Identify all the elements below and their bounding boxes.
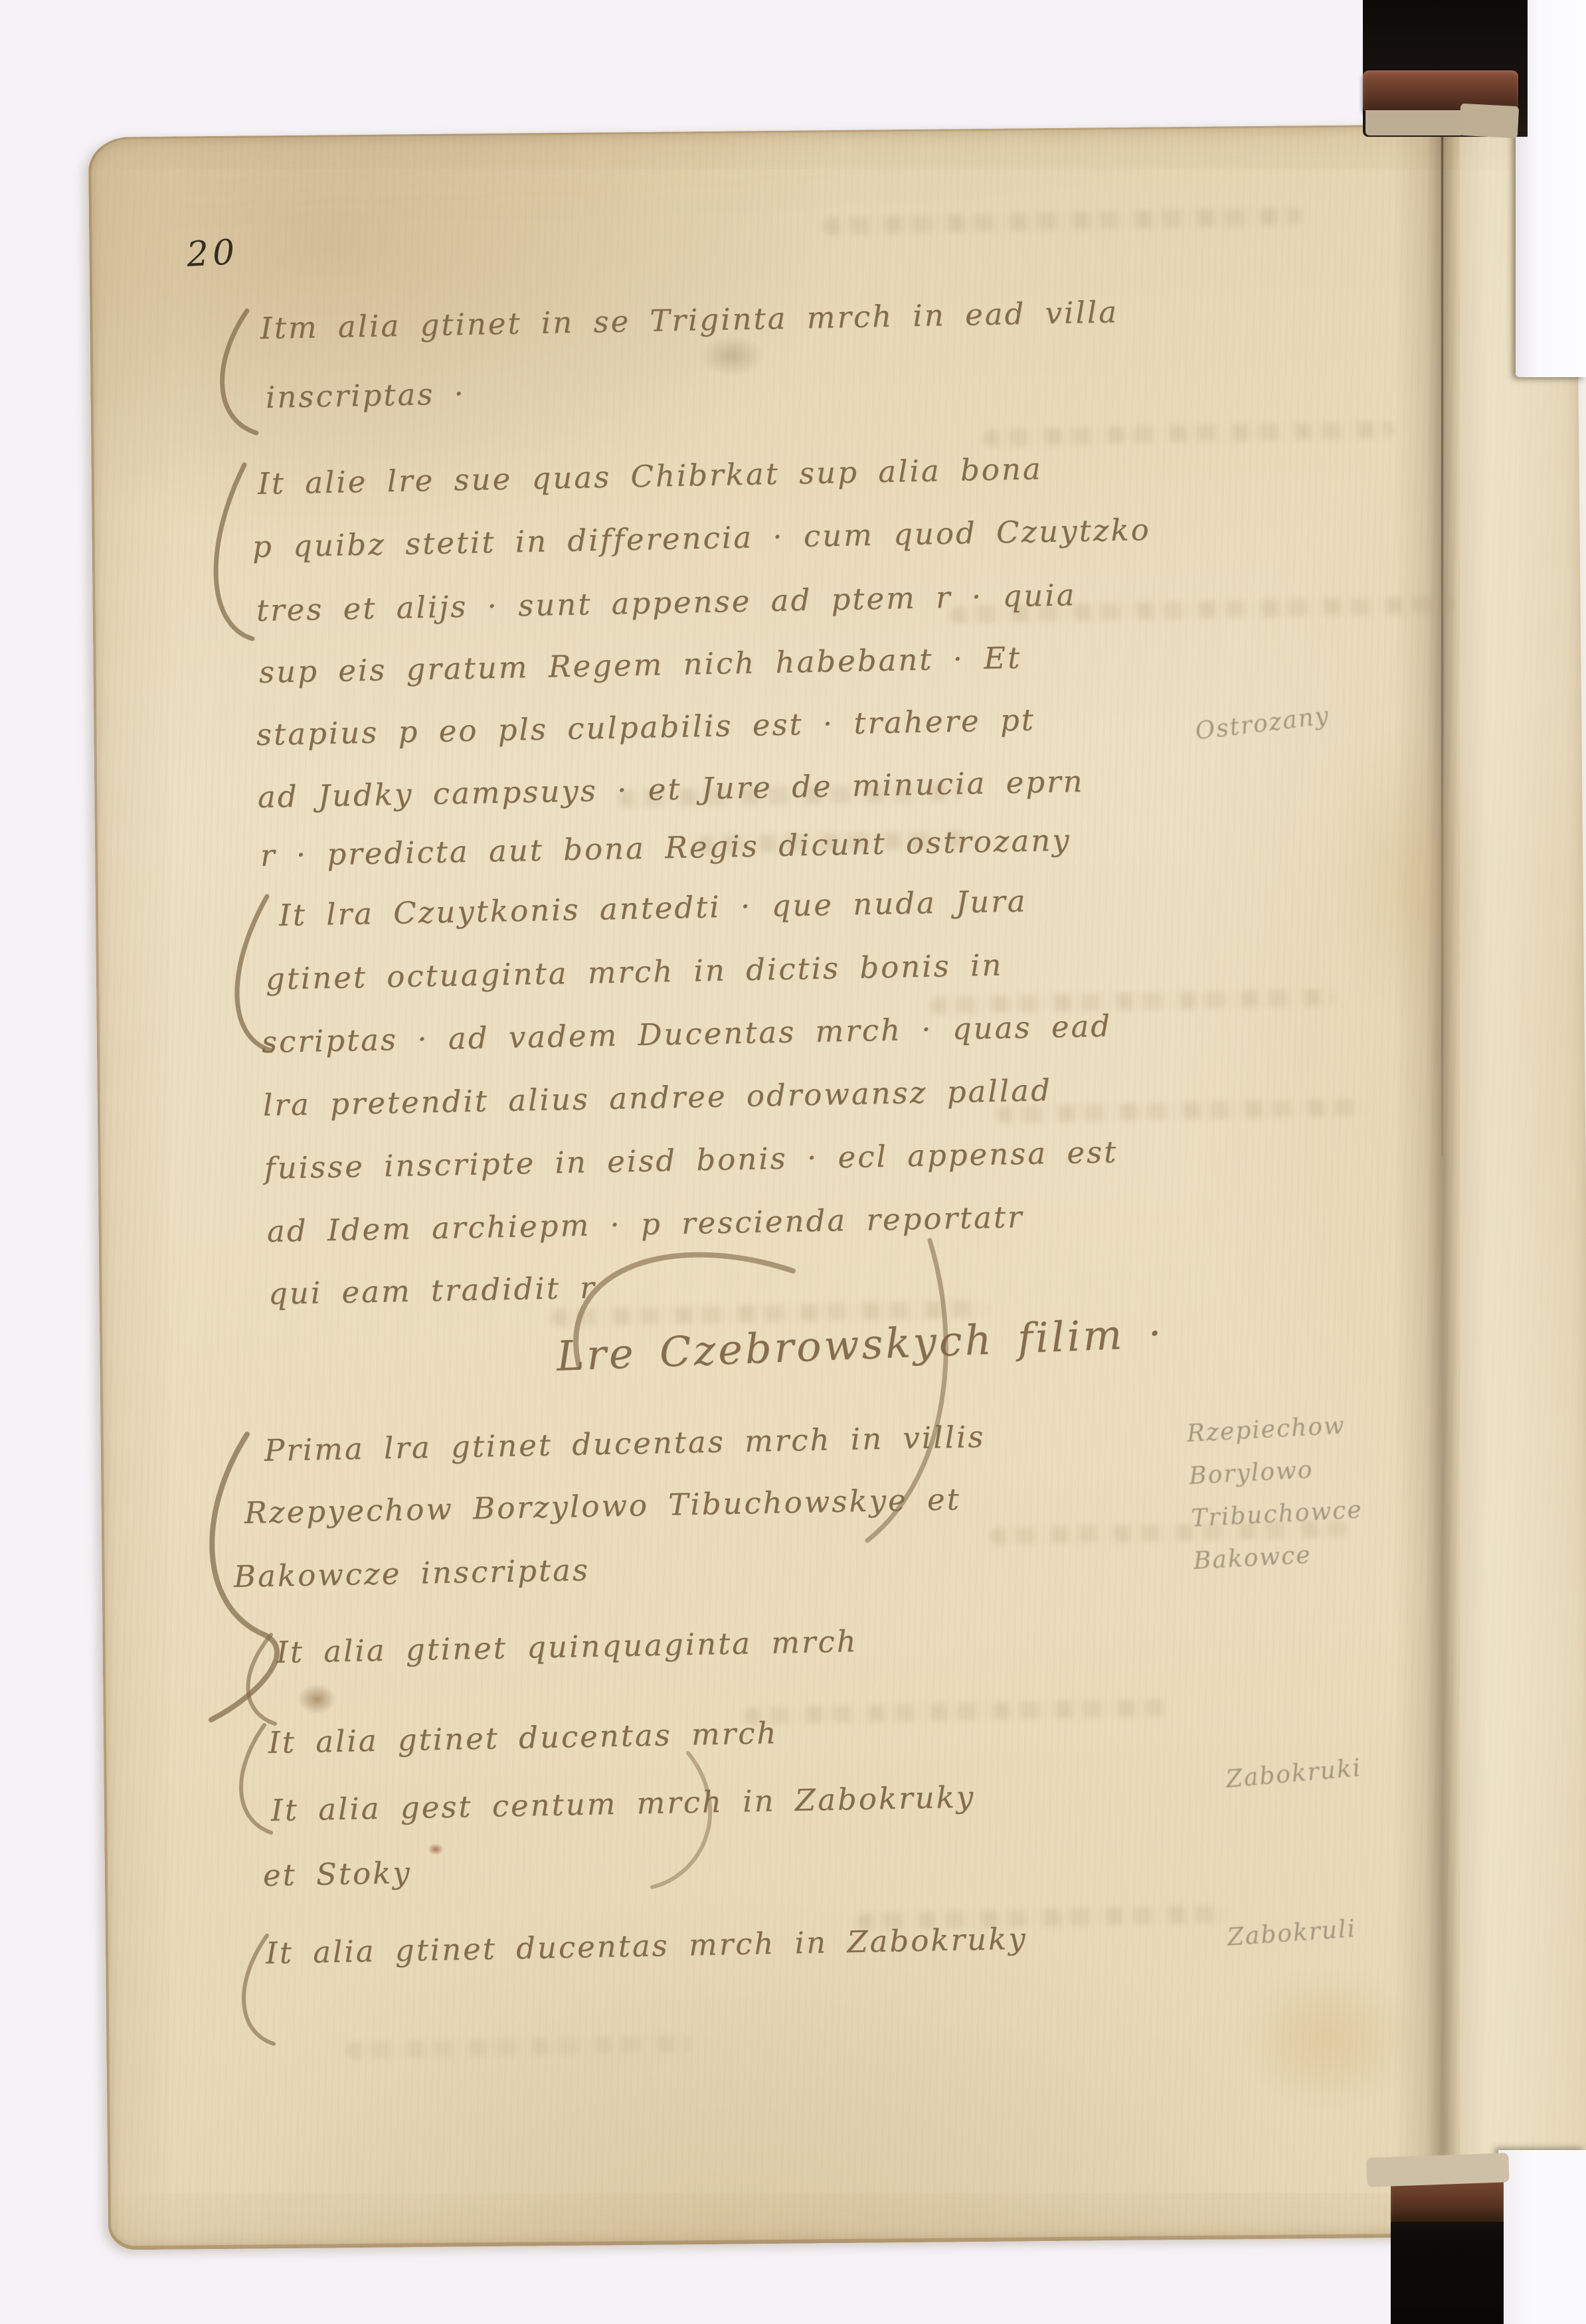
- paper-scrap: [1366, 2153, 1509, 2187]
- manuscript-scan: 20 Itm alia gtinet in se Triginta mrch i…: [0, 0, 1586, 2324]
- backing-sheet-bottom: [1498, 2150, 1586, 2324]
- text-line: et Stoky: [262, 1855, 412, 1893]
- stain: [1235, 1965, 1421, 2112]
- stain: [428, 1843, 444, 1855]
- margin-note-line: Rzepiechow: [1186, 1404, 1359, 1455]
- margin-note-line: Bakowce: [1192, 1531, 1366, 1582]
- ink-smudge: [701, 335, 764, 376]
- paper-scrap: [1366, 110, 1466, 135]
- stain: [298, 1684, 336, 1714]
- margin-note-line: Tribuchowce: [1190, 1489, 1364, 1540]
- stain: [1328, 724, 1488, 1029]
- paper-scrap: [1459, 104, 1519, 139]
- text-line: qui eam tradidit r: [268, 1270, 596, 1311]
- margin-note-villages: Rzepiechow Borylowo Tribuchowce Bakowce: [1186, 1404, 1366, 1583]
- folio-number: 20: [185, 232, 239, 275]
- text-line: Bakowcze inscriptas: [233, 1552, 590, 1594]
- text-line: inscriptas ·: [265, 376, 466, 415]
